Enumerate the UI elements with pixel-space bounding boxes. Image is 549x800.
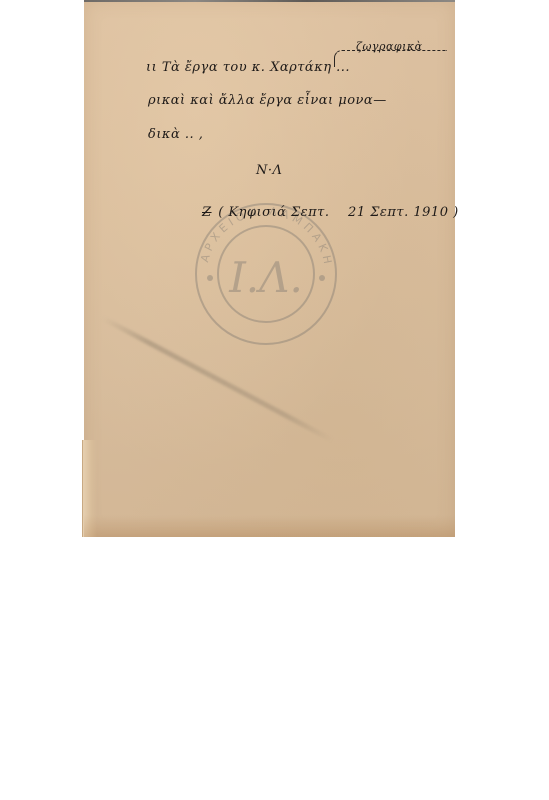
text-insertion: ζωγραφικὰ <box>356 40 423 53</box>
text-line-1: ιι Τὰ ἔργα του κ. Χαρτάκη ... <box>146 60 350 75</box>
signature-initials: Ν·Λ <box>256 163 282 178</box>
scan-edge-strip <box>84 0 455 2</box>
text-line-2: ρικαὶ καὶ ἄλλα ἔργα εἶναι μονα— <box>148 93 387 108</box>
document-page: ΑΡΧΕΙΟΝ ΛΑΜΠΑΚΗ Ι.Λ. ιι Τὰ ἔργα του κ. Χ… <box>84 0 455 537</box>
struck-prefix: Ζ <box>202 205 212 220</box>
line-1-prefix: ιι <box>146 60 157 75</box>
stamp-monogram: Ι.Λ. <box>228 253 303 302</box>
page-shadow <box>84 515 455 537</box>
text-line-3: δικὰ .. , <box>148 127 203 142</box>
closing-line: Ζ ( Κηφισιά Σεπτ. 21 Σεπτ. 1910 ) <box>202 205 459 220</box>
closing-place: ( Κηφισιά Σεπτ. <box>218 205 329 220</box>
archive-stamp: ΑΡΧΕΙΟΝ ΛΑΜΠΑΚΗ Ι.Λ. <box>192 200 340 348</box>
line-1-text: Τὰ ἔργα του κ. Χαρτάκη ... <box>162 60 350 75</box>
closing-date: 21 Σεπτ. 1910 ) <box>348 205 459 220</box>
